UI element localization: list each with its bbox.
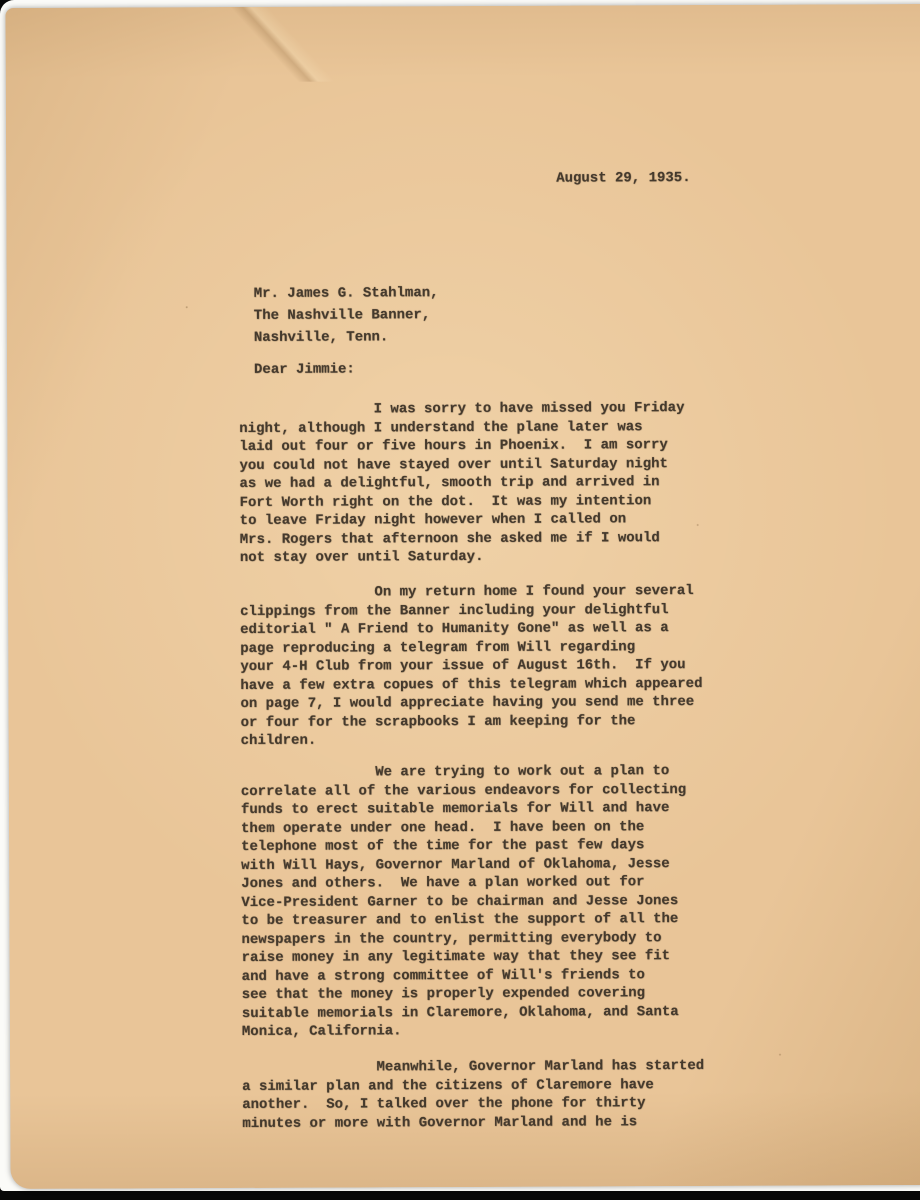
letter-paragraph-2: On my return home I found your several c…: [240, 582, 703, 751]
letter-paragraph-1: I was sorry to have missed you Friday ni…: [239, 399, 685, 567]
scanned-letter: August 29, 1935. Mr. James G. Stahlman, …: [0, 0, 920, 1200]
letter-date: August 29, 1935.: [556, 169, 691, 188]
letter-paragraph-4: Meanwhile, Governor Marland has started …: [242, 1057, 704, 1133]
salutation: Dear Jimmie:: [254, 360, 355, 379]
letter-paragraph-3: We are trying to work out a plan to corr…: [241, 762, 687, 1041]
letter-paper: August 29, 1935. Mr. James G. Stahlman, …: [5, 4, 920, 1189]
recipient-address: Mr. James G. Stahlman, The Nashville Ban…: [254, 282, 439, 349]
paper-crease: [210, 7, 350, 83]
